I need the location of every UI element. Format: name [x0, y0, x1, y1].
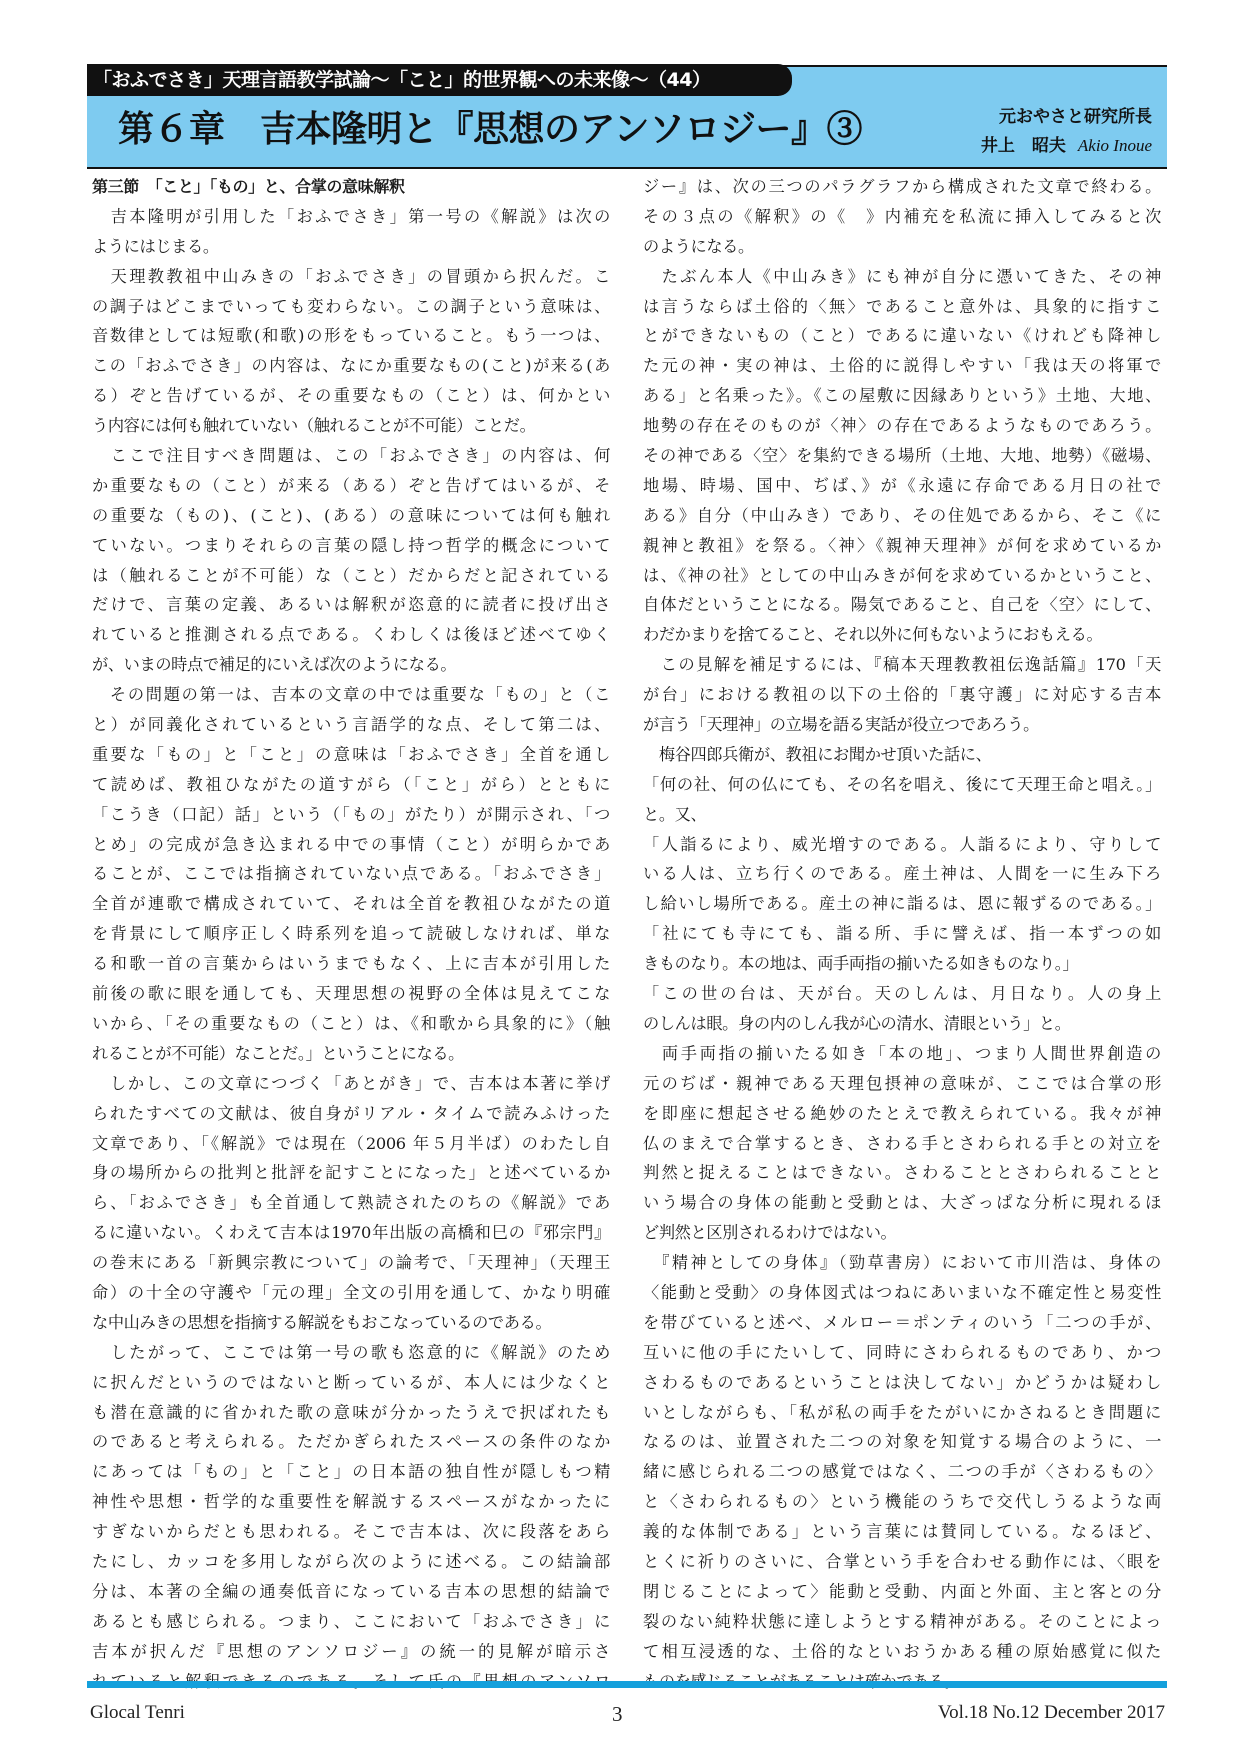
text-line: を背景にして順序正しく時系列を追って読破しなければ、単な — [92, 919, 610, 949]
text-line: が言う「天理神」の立場を語る実話が役立つであろう。 — [643, 710, 1161, 740]
text-line: は言うならば土俗的〈無〉であること意外は、具象的に指すこ — [643, 292, 1161, 322]
text-line: の重要な（もの)、(こと)、(ある）の意味については何も触れ — [92, 501, 610, 531]
author-name: 井上 昭夫 — [981, 136, 1066, 156]
text-line: 地勢の存在そのものが〈神〉の存在であるようなものであろう。 — [643, 411, 1161, 441]
text-line: この見解を補足するには、『稿本天理教教祖伝逸話篇』170「天 — [643, 650, 1161, 680]
text-line: この「おふでさき」の内容は、なにか重要なもの(こと)が来る(あ — [92, 351, 610, 381]
text-line: が、いまの時点で補足的にいえば次のようになる。 — [92, 650, 610, 680]
text-line: いから、「その重要なもの（こと）は、《和歌から具象的に》（触 — [92, 1009, 610, 1039]
text-line: の調子はどこまでいっても変わらない。この調子という意味は、 — [92, 292, 610, 322]
text-line: 分は、本著の全編の通奏低音になっている吉本の思想的結論で — [92, 1577, 610, 1607]
text-line: すぎないからだとも思われる。そこで吉本は、次に段落をあら — [92, 1517, 610, 1547]
text-line: 両手両指の揃いたる如き「本の地」、つまり人間世界創造の — [643, 1039, 1161, 1069]
text-line: きものなり。本の地は、両手両指の揃いたる如きものなり。」 — [643, 949, 1161, 979]
text-line: を即座に想起させる絶妙のたとえで教えられている。我々が神 — [643, 1099, 1161, 1129]
text-line: る）ぞと告げているが、その重要なもの（こと）は、何かとい — [92, 381, 610, 411]
text-line: 吉本隆明が引用した「おふでさき」第一号の《解説》は次の — [92, 202, 610, 232]
right-column: ジー』は、次の三つのパラグラフから構成された文章で終わる。その３点の《解釈》の《… — [643, 172, 1161, 1696]
text-line: 文章であり、「《解説》では現在（2006 年５月半ば）のわたし自 — [92, 1129, 610, 1159]
text-line: しかし、この文章につづく「あとがき」で、吉本は本著に挙げ — [92, 1069, 610, 1099]
text-line: 『精神としての身体』（勁草書房）において市川浩は、身体の — [643, 1248, 1161, 1278]
text-line: ることが、ここでは指摘されていない点である。「おふでさき」 — [92, 859, 610, 889]
text-line: ら、「おふでさき」も全首通して熟読されたのちの《解説》であ — [92, 1188, 610, 1218]
text-line: と。又、 — [643, 800, 1161, 830]
text-line: のようになる。 — [643, 232, 1161, 262]
text-line: 全首が連歌で構成されていて、それは全首を教祖ひながたの道 — [92, 889, 610, 919]
text-line: な中山みきの思想を指摘する解説をもおこなっているのである。 — [92, 1308, 610, 1338]
text-line: ていない。つまりそれらの言葉の隠し持つ哲学的概念について — [92, 531, 610, 561]
text-line: 義的な体制である」という言葉には賛同している。なるほど、 — [643, 1517, 1161, 1547]
text-line: 互いに他の手にたいして、同時にさわられるものであり、かつ — [643, 1338, 1161, 1368]
text-line: とめ」の完成が急き込まれる中での事情（こと）が明らかであ — [92, 830, 610, 860]
text-line: を帯びていると述べ、メルロー＝ポンティのいう「二つの手が、 — [643, 1308, 1161, 1338]
series-title: 「おふでさき」天理言語教学試論〜「こと」的世界観への未来像〜（44） — [87, 64, 792, 96]
text-line: その３点の《解釈》の《 》内補充を私流に挿入してみると次 — [643, 202, 1161, 232]
text-line: 「この世の台は、天が台。天のしんは、月日なり。人の身上 — [643, 979, 1161, 1009]
text-line: だけで、言葉の定義、あるいは解釈が恣意的に読者に投げ出さ — [92, 590, 610, 620]
text-line: 判然と捉えることはできない。さわることとさわられることと — [643, 1158, 1161, 1188]
left-column: 第三節 「こと」「もの」と、合掌の意味解釈 吉本隆明が引用した「おふでさき」第一… — [92, 172, 610, 1696]
text-line: なるのは、並置された二つの対象を知覚する場合のように、一 — [643, 1427, 1161, 1457]
text-line: たにし、カッコを多用しながら次のように述べる。この結論部 — [92, 1547, 610, 1577]
chapter-title: 第６章 吉本隆明と『思想のアンソロジー』③ — [118, 103, 862, 155]
text-line: とができないもの（こと）であるに違いない《けれども降神し — [643, 321, 1161, 351]
text-line: にあっては「もの」と「こと」の日本語の独自性が隠しもつ精 — [92, 1457, 610, 1487]
text-line: ジー』は、次の三つのパラグラフから構成された文章で終わる。 — [643, 172, 1161, 202]
text-line: あるとも感じられる。つまり、ここにおいて「おふでさき」に — [92, 1607, 610, 1637]
text-line: れることが不可能）なことだ。」ということになる。 — [92, 1039, 610, 1069]
text-line: 「人詣るにより、威光増すのである。人詣るにより、守りして — [643, 830, 1161, 860]
text-line: いる人は、立ち行くのである。産土神は、人間を一に生み下ろ — [643, 859, 1161, 889]
text-line: 〈能動と受動〉の身体図式はつねにあいまいな不確定性と易変性 — [643, 1278, 1161, 1308]
text-line: 仏のまえで合掌するとき、さわる手とさわられる手との対立を — [643, 1129, 1161, 1159]
text-line: て読めば、教祖ひながたの道すがら（「こと」がら）とともに — [92, 770, 610, 800]
text-line: ようにはじまる。 — [92, 232, 610, 262]
text-line: さわるものであるということは決してない」かどうかは疑わし — [643, 1368, 1161, 1398]
text-line: ある」と名乗った》。《この屋敷に因縁ありという》土地、大地、 — [643, 381, 1161, 411]
text-line: 天理教教祖中山みきの「おふでさき」の冒頭から択んだ。こ — [92, 262, 610, 292]
text-line: のしんは眼。身の内のしん我が心の清水、清眼という」と。 — [643, 1009, 1161, 1039]
footer-issue: Vol.18 No.12 December 2017 — [938, 1702, 1165, 1724]
text-line: ど判然と区別されるわけではない。 — [643, 1218, 1161, 1248]
text-line: 神性や思想・哲学的な重要性を解説するスペースがなかったに — [92, 1487, 610, 1517]
footer-publication: Glocal Tenri — [90, 1702, 185, 1724]
text-line: 梅谷四郎兵衛が、教祖にお聞かせ頂いた話に、 — [643, 740, 1161, 770]
text-line: る和歌一首の言葉からはいうまでもなく、上に吉本が引用した — [92, 949, 610, 979]
text-line: いとしながらも、「私が私の両手をたがいにかさねるとき問題に — [643, 1398, 1161, 1428]
text-line: 身の場所からの批判と批評を記すことになった」と述べているか — [92, 1158, 610, 1188]
text-line: し給いし場所である。産土の神に詣るは、恩に報ずるのである。」 — [643, 889, 1161, 919]
section-heading: 第三節 「こと」「もの」と、合掌の意味解釈 — [92, 172, 610, 202]
text-line: のであると考えられる。ただかぎられたスペースの条件のなか — [92, 1427, 610, 1457]
text-line: と〈さわられるもの〉という機能のうちで交代しうるような両 — [643, 1487, 1161, 1517]
text-line: 音数律としては短歌(和歌)の形をもっていること。もう一つは、 — [92, 321, 610, 351]
text-line: 裂のない純粋状態に達しようとする精神がある。そのことによっ — [643, 1607, 1161, 1637]
text-line: の巻末にある「新興宗教について」の論考で、「天理神」（天理王 — [92, 1248, 610, 1278]
author-affiliation: 元おやさと研究所長 — [999, 102, 1152, 127]
text-line: 命）の十全の守護や「元の理」全文の引用を通して、かなり明確 — [92, 1278, 610, 1308]
text-line: に択んだというのではないと断っているが、本人には少なくと — [92, 1368, 610, 1398]
text-line: ここで注目すべき問題は、この「おふでさき」の内容は、何 — [92, 441, 610, 471]
author-name-roman: Akio Inoue — [1078, 136, 1152, 155]
text-line: その問題の第一は、吉本の文章の中では重要な「もの」と（こ — [92, 680, 610, 710]
text-line: は、《神の社》としての中山みきが何を求めているかということ、 — [643, 561, 1161, 591]
footer-rule — [87, 1681, 1167, 1688]
text-line: るに違いない。くわえて吉本は1970年出版の高橋和巳の『邪宗門』 — [92, 1218, 610, 1248]
text-line: 自体だということになる。陽気であること、自己を〈空〉にして、 — [643, 590, 1161, 620]
text-line: う内容には何も触れていない（触れることが不可能）ことだ。 — [92, 411, 610, 441]
text-line: 「何の社、何の仏にても、その名を唱え、後にて天理王命と唱え。」 — [643, 770, 1161, 800]
text-line: 元のぢば・親神である天理包摂神の意味が、ここでは合掌の形 — [643, 1069, 1161, 1099]
text-line: とくに祈りのさいに、合掌という手を合わせる動作には、〈眼を — [643, 1547, 1161, 1577]
text-line: られたすべての文献は、彼自身がリアル・タイムで読みふけった — [92, 1099, 610, 1129]
text-line: 親神と教祖》を祭る。〈神〉《親神天理神》が何を求めているか — [643, 531, 1161, 561]
text-line: た元の神・実の神は、土俗的に説得しやすい「我は天の将軍で — [643, 351, 1161, 381]
text-line: 地場、時場、国中、ぢば、》が《永遠に存命である月日の社で — [643, 471, 1161, 501]
page-number: 3 — [612, 1702, 623, 1727]
text-line: 緒に感じられる二つの感覚ではなく、二つの手が〈さわるもの〉 — [643, 1457, 1161, 1487]
text-line: いう場合の身体の能動と受動とは、大ざっぱな分析に現れるほ — [643, 1188, 1161, 1218]
text-line: 前後の歌に眼を通しても、天理思想の視野の全体は見えてこな — [92, 979, 610, 1009]
text-line: 「こうき（口記）話」という（「もの」がたり）が開示され、「つ — [92, 800, 610, 830]
text-line: れていると推測される点である。くわしくは後ほど述べてゆく — [92, 620, 610, 650]
text-line: ある》自分（中山みき）であり、その住処であるから、そこ《に — [643, 501, 1161, 531]
text-line: その神である〈空〉を集約できる場所（土地、大地、地勢）《磁場、 — [643, 441, 1161, 471]
text-line: は（触れることが不可能）な（こと）だからだと記されている — [92, 561, 610, 591]
text-line: が台」における教祖の以下の土俗的「裏守護」に対応する吉本 — [643, 680, 1161, 710]
text-line: 閉じることによって〉能動と受動、内面と外面、主と客との分 — [643, 1577, 1161, 1607]
text-line: と）が同義化されているという言語学的な点、そして第二は、 — [92, 710, 610, 740]
text-line: 吉本が択んだ『思想のアンソロジー』の統一的見解が暗示さ — [92, 1637, 610, 1667]
author-byline: 井上 昭夫Akio Inoue — [981, 131, 1152, 156]
text-line: 「社にても寺にても、詣る所、手に譬えば、指一本ずつの如 — [643, 919, 1161, 949]
text-line: わだかまりを捨てること、それ以外に何もないようにおもえる。 — [643, 620, 1161, 650]
text-line: 重要な「もの」と「こと」の意味は「おふでさき」全首を通し — [92, 740, 610, 770]
text-line: て相互浸透的な、土俗的なといおうかある種の原始感覚に似た — [643, 1637, 1161, 1667]
text-line: たぶん本人《中山みき》にも神が自分に憑いてきた、その神 — [643, 262, 1161, 292]
text-line: したがって、ここでは第一号の歌も恣意的に《解説》のため — [92, 1338, 610, 1368]
text-line: も潜在意識的に省かれた歌の意味が分かったうえで択ばれたも — [92, 1398, 610, 1428]
text-line: か重要なもの（こと）が来る（ある）ぞと告げてはいるが、そ — [92, 471, 610, 501]
